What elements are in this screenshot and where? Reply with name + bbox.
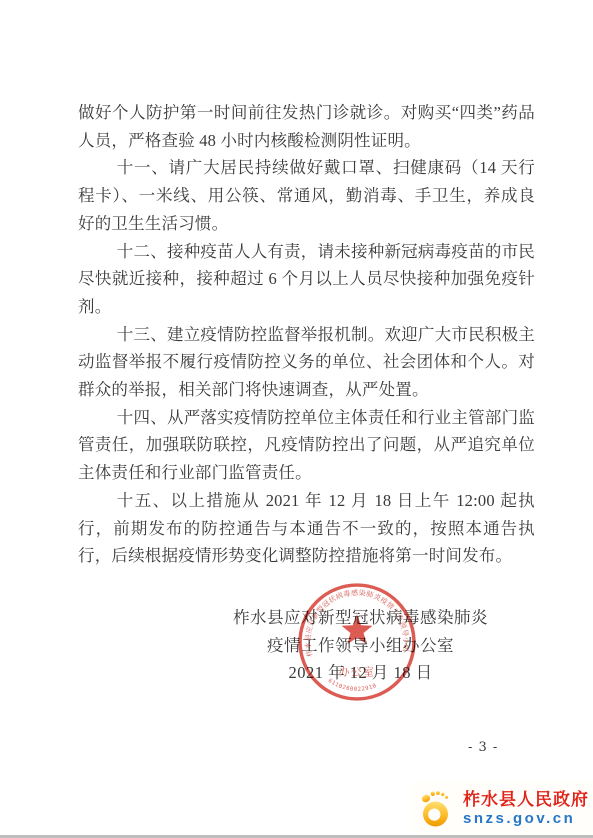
page-number: - 3 - — [468, 740, 558, 755]
paragraph-item-11: 十一、请广大居民持续做好戴口罩、扫健康码（14 天行程卡）、一米线、用公筷、常通… — [78, 154, 535, 237]
gov-site-name: 柞水县人民政府 — [463, 789, 589, 810]
footer-gov-banner[interactable]: 柞水县人民政府 snzs.gov.cn — [412, 782, 593, 835]
svg-text:6110260022910: 6110260022910 — [327, 678, 378, 693]
paragraph-continuation: 做好个人防护第一时间前往发热门诊就诊。对购买“四类”药品人员，严格查验 48 小… — [78, 99, 535, 154]
body-text: 做好个人防护第一时间前往发热门诊就诊。对购买“四类”药品人员，严格查验 48 小… — [78, 99, 535, 570]
seal-center-text: 办公室 — [339, 666, 376, 679]
gov-site-url: snzs.gov.cn — [463, 810, 589, 829]
seal-serial-number: 6110260022910 — [327, 678, 378, 693]
official-seal: 柞水县应对新型冠状病毒感染肺炎疫情工作领导小组 办公室 611026002291… — [296, 581, 418, 703]
paragraph-item-15: 十五、以上措施从 2021 年 12 月 18 日上午 12:00 起执行，前期… — [78, 487, 535, 570]
footer-text-block: 柞水县人民政府 snzs.gov.cn — [463, 789, 589, 829]
paragraph-item-13: 十三、建立疫情防控监督举报机制。欢迎广大市民积极主动监督举报不履行疫情防控义务的… — [78, 321, 535, 404]
paragraph-item-14: 十四、从严落实疫情防控单位主体责任和行业主管部门监管责任，加强联防联控，凡疫情防… — [78, 404, 535, 487]
paw-logo-icon — [418, 789, 455, 828]
document-page: 做好个人防护第一时间前往发热门诊就诊。对购买“四类”药品人员，严格查验 48 小… — [0, 0, 593, 838]
seal-ring — [300, 585, 414, 699]
star-icon — [342, 615, 373, 644]
paragraph-item-12: 十二、接种疫苗人人有责，请未接种新冠病毒疫苗的市民尽快就近接种，接种超过 6 个… — [78, 238, 535, 321]
